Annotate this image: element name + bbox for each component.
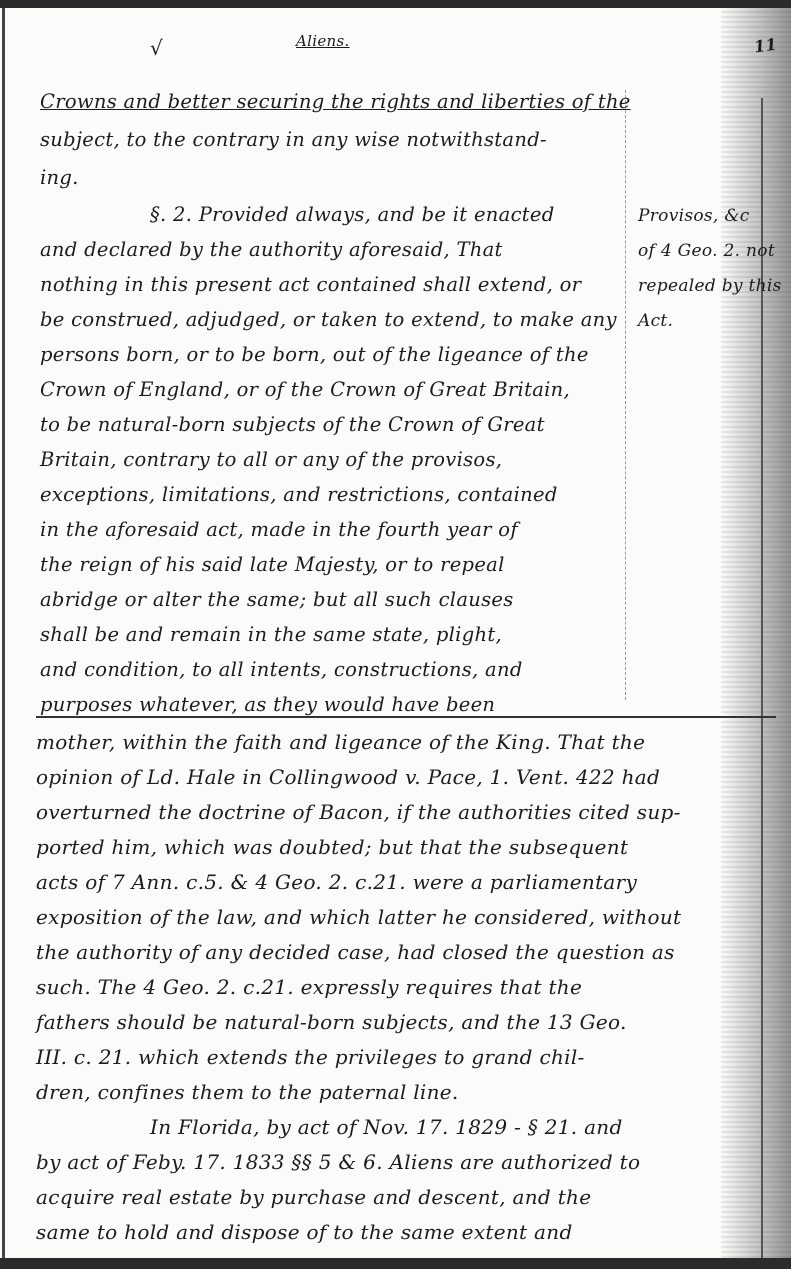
margin-note-line: repealed by this bbox=[638, 276, 782, 296]
margin-note-line: Provisos, &c bbox=[638, 206, 750, 226]
text-line: acts of 7 Ann. c.5. & 4 Geo. 2. c.21. we… bbox=[36, 870, 637, 894]
text-line: be construed, adjudged, or taken to exte… bbox=[40, 308, 617, 331]
text-line: acquire real estate by purchase and desc… bbox=[36, 1185, 591, 1209]
manuscript-page: √ Aliens. 11 Crowns and better securing … bbox=[0, 8, 791, 1258]
section-divider bbox=[36, 716, 776, 718]
text-line: fathers should be natural-born subjects,… bbox=[36, 1010, 627, 1034]
text-line: overturned the doctrine of Bacon, if the… bbox=[36, 800, 681, 824]
text-line: Britain, contrary to all or any of the p… bbox=[40, 448, 502, 471]
text-line: persons born, or to be born, out of the … bbox=[40, 343, 589, 366]
text-line: mother, within the faith and ligeance of… bbox=[36, 730, 645, 754]
text-line: III. c. 21. which extends the privileges… bbox=[36, 1045, 585, 1069]
page-left-edge bbox=[2, 8, 5, 1258]
text-line: and condition, to all intents, construct… bbox=[40, 658, 523, 681]
text-line: ing. bbox=[40, 166, 79, 189]
text-line: such. The 4 Geo. 2. c.21. expressly requ… bbox=[36, 975, 582, 999]
scan-shadow bbox=[721, 8, 791, 1258]
text-line: same to hold and dispose of to the same … bbox=[36, 1220, 573, 1244]
check-mark: √ bbox=[150, 36, 163, 60]
text-line: the authority of any decided case, had c… bbox=[36, 940, 675, 964]
text-line: §. 2. Provided always, and be it enacted bbox=[150, 203, 555, 226]
text-line: exceptions, limitations, and restriction… bbox=[40, 483, 558, 506]
text-line: purposes whatever, as they would have be… bbox=[40, 693, 495, 716]
text-line: nothing in this present act contained sh… bbox=[40, 273, 581, 296]
column-border bbox=[625, 90, 627, 700]
text-line: ported him, which was doubted; but that … bbox=[36, 835, 628, 859]
text-line: subject, to the contrary in any wise not… bbox=[40, 128, 547, 151]
margin-note-line: Act. bbox=[638, 311, 673, 331]
text-line: abridge or alter the same; but all such … bbox=[40, 588, 514, 611]
text-line: shall be and remain in the same state, p… bbox=[40, 623, 502, 646]
text-line: exposition of the law, and which latter … bbox=[36, 905, 681, 929]
page-title: Aliens. bbox=[296, 32, 350, 50]
text-line: and declared by the authority aforesaid,… bbox=[40, 238, 503, 261]
text-line: Crown of England, or of the Crown of Gre… bbox=[40, 378, 570, 401]
text-line: In Florida, by act of Nov. 17. 1829 - § … bbox=[150, 1115, 623, 1139]
text-line: the reign of his said late Majesty, or t… bbox=[40, 553, 505, 576]
text-line: dren, confines them to the paternal line… bbox=[36, 1080, 459, 1104]
page-number: 11 bbox=[753, 35, 778, 57]
text-line: to be natural-born subjects of the Crown… bbox=[40, 413, 545, 436]
margin-rule bbox=[761, 98, 763, 1258]
margin-note-line: of 4 Geo. 2. not bbox=[638, 241, 775, 261]
text-line: Crowns and better securing the rights an… bbox=[40, 90, 631, 113]
text-line: by act of Feby. 17. 1833 §§ 5 & 6. Alien… bbox=[36, 1150, 640, 1174]
text-line: opinion of Ld. Hale in Collingwood v. Pa… bbox=[36, 765, 660, 789]
text-line: in the aforesaid act, made in the fourth… bbox=[40, 518, 518, 541]
